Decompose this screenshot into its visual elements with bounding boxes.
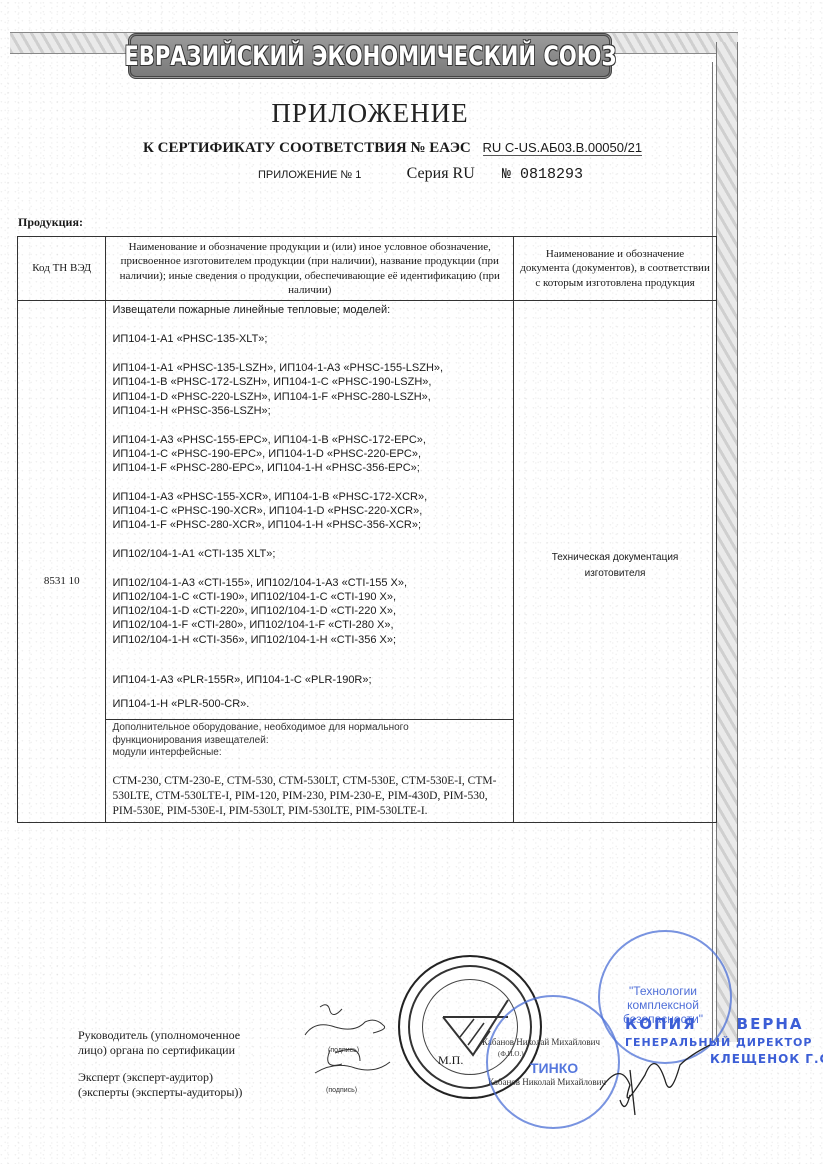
product-group: ИП102/104-1-А3 «CTI-155», ИП102/104-1-А3…	[112, 576, 507, 646]
product-line: ИП104-1-А3 «PHSC-155-XCR», ИП104-1-В «PH…	[112, 490, 507, 504]
copy-word: КОПИЯ	[625, 1015, 697, 1033]
document-cell: Техническая документация изготовителя	[514, 301, 717, 823]
seal-text-line: "Технологии	[618, 985, 708, 999]
product-line: ИП104-1-С «PHSC-190-EPC», ИП104-1-D «PHS…	[112, 447, 507, 461]
annex-label: ПРИЛОЖЕНИЕ № 1	[258, 169, 361, 181]
interface-modules-list: CTM-230, CTM-230-E, CTM-530, CTM-530LT, …	[112, 774, 507, 818]
product-group: ИП104-1-А1 «PHSC-135-XLT»;	[112, 332, 507, 346]
table-row: 8531 10 Извещатели пожарные линейные теп…	[18, 301, 717, 720]
product-line: ИП104-1-Н «PLR-500-CR».	[112, 697, 507, 711]
product-line: ИП104-1-А1 «PHSC-135-LSZH», ИП104-1-А3 «…	[112, 361, 507, 375]
product-intro: Извещатели пожарные линейные тепловые; м…	[112, 303, 507, 317]
director-name: КЛЕЩЕНОК Г.С.	[710, 1052, 823, 1067]
product-group: ИП104-1-А3 «PHSC-155-EPC», ИП104-1-В «PH…	[112, 433, 507, 475]
product-line: ИП102/104-1-С «CTI-190», ИП102/104-1-С «…	[112, 590, 507, 604]
extra-intro-line: модули интерфейсные:	[112, 747, 507, 760]
copy-certified-stamp: КОПИЯВЕРНА ГЕНЕРАЛЬНЫЙ ДИРЕКТОР КЛЕЩЕНОК…	[625, 1015, 823, 1067]
head-label-line: лицо) органа по сертификации	[78, 1043, 242, 1058]
extra-equipment-cell: Дополнительное оборудование, необходимое…	[106, 719, 514, 823]
subtitle-text: К СЕРТИФИКАТУ СООТВЕТСТВИЯ № ЕАЭС	[143, 140, 471, 156]
product-line: ИП102/104-1-Н «CTI-356», ИП102/104-1-Н «…	[112, 633, 507, 647]
signers-block: Руководитель (уполномоченное лицо) орган…	[78, 1028, 242, 1112]
product-line: ИП104-1-Н «PHSC-356-LSZH»;	[112, 404, 507, 418]
document-title: ПРИЛОЖЕНИЕ	[0, 98, 740, 129]
expert-label-line: Эксперт (эксперт-аудитор)	[78, 1070, 242, 1085]
product-group: ИП104-1-А1 «PHSC-135-LSZH», ИП104-1-А3 «…	[112, 361, 507, 417]
products-table: Код ТН ВЭД Наименование и обозначение пр…	[17, 236, 717, 823]
doc-line: изготовителя	[515, 566, 715, 582]
certificate-subtitle: К СЕРТИФИКАТУ СООТВЕТСТВИЯ № ЕАЭС RU C-U…	[143, 140, 642, 157]
code-cell: 8531 10	[18, 301, 106, 823]
header-code: Код ТН ВЭД	[18, 237, 106, 301]
product-group: ИП102/104-1-А1 «CTI-135 XLT»;	[112, 547, 507, 561]
serial-number: № 0818293	[502, 166, 583, 183]
product-line: ИП102/104-1-D «CTI-220», ИП102/104-1-D «…	[112, 604, 507, 618]
product-line: ИП104-1-D «PHSC-220-LSZH», ИП104-1-F «PH…	[112, 390, 507, 404]
product-line: ИП104-1-F «PHSC-280-XCR», ИП104-1-Н «PHS…	[112, 518, 507, 532]
table-header-row: Код ТН ВЭД Наименование и обозначение пр…	[18, 237, 717, 301]
signature-caption: (подпись)	[326, 1087, 357, 1094]
product-line: ИП104-1-А3 «PHSC-155-EPC», ИП104-1-В «PH…	[112, 433, 507, 447]
expert-label-line: (эксперты (эксперты-аудиторы))	[78, 1085, 242, 1100]
doc-line: Техническая документация	[515, 550, 715, 566]
certified-word: ВЕРНА	[737, 1015, 804, 1033]
product-line: ИП102/104-1-F «CTI-280», ИП102/104-1-F «…	[112, 618, 507, 632]
product-line: ИП104-1-С «PHSC-190-XCR», ИП104-1-D «PHS…	[112, 504, 507, 518]
certificate-number: RU C-US.АБ03.В.00050/21	[483, 140, 643, 156]
signature-icon	[290, 995, 410, 1090]
header-name: Наименование и обозначение продукции и (…	[106, 237, 514, 301]
seal-label: М.П.	[438, 1053, 463, 1068]
product-line: ИП104-1-А3 «PLR-155R», ИП104-1-С «PLR-19…	[112, 673, 507, 687]
product-line: ИП104-1-В «PHSC-172-LSZH», ИП104-1-С «PH…	[112, 375, 507, 389]
product-group: ИП104-1-А3 «PHSC-155-XCR», ИП104-1-В «PH…	[112, 490, 507, 532]
extra-intro-line: Дополнительное оборудование, необходимое…	[112, 722, 507, 735]
products-cell: Извещатели пожарные линейные тепловые; м…	[106, 301, 514, 720]
product-line: ИП102/104-1-А1 «CTI-135 XLT»;	[112, 547, 507, 561]
signature-caption: (подпись)	[328, 1047, 359, 1054]
series-label: Серия RU	[407, 165, 475, 182]
director-title: ГЕНЕРАЛЬНЫЙ ДИРЕКТОР	[625, 1036, 823, 1050]
ornamental-frame-right	[716, 42, 738, 1042]
head-label-line: Руководитель (уполномоченное	[78, 1028, 242, 1043]
header-doc: Наименование и обозначение документа (до…	[514, 237, 717, 301]
product-line: ИП104-1-А1 «PHSC-135-XLT»;	[112, 332, 507, 346]
banner-text: ЕВРАЗИЙСКИЙ ЭКОНОМИЧЕСКИЙ СОЮЗ	[124, 41, 616, 72]
expert-signer: Эксперт (эксперт-аудитор) (эксперты (экс…	[78, 1070, 242, 1100]
seal-text: ТИНКО	[530, 1060, 578, 1076]
products-label: Продукция:	[18, 215, 83, 230]
product-group: ИП104-1-Н «PLR-500-CR».	[112, 697, 507, 711]
annex-line: ПРИЛОЖЕНИЕ № 1 Серия RU № 0818293	[258, 165, 583, 183]
extra-intro-line: функционирования извещателей:	[112, 735, 507, 748]
product-line: ИП104-1-F «PHSC-280-EPC», ИП104-1-Н «PHS…	[112, 461, 507, 475]
union-banner: ЕВРАЗИЙСКИЙ ЭКОНОМИЧЕСКИЙ СОЮЗ	[128, 33, 612, 79]
seal-text-line: комплексной	[618, 999, 708, 1013]
head-signer: Руководитель (уполномоченное лицо) орган…	[78, 1028, 242, 1058]
product-group: ИП104-1-А3 «PLR-155R», ИП104-1-С «PLR-19…	[112, 673, 507, 687]
product-line: ИП102/104-1-А3 «CTI-155», ИП102/104-1-А3…	[112, 576, 507, 590]
